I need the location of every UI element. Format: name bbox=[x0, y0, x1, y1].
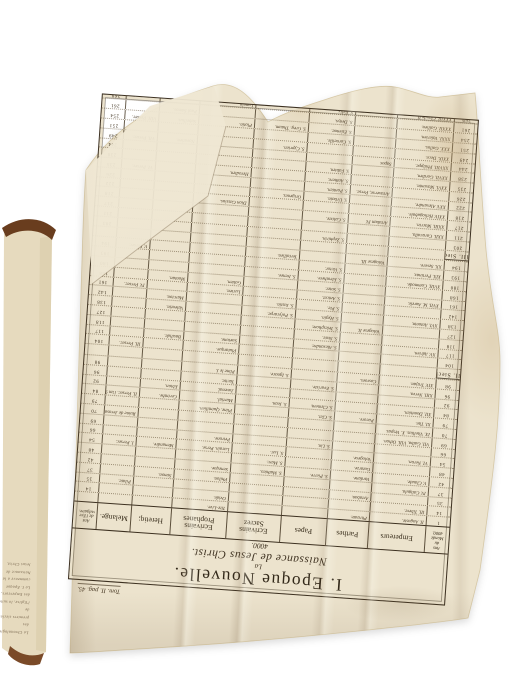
table-cell: 244 bbox=[450, 162, 475, 172]
table-cell: 261 bbox=[453, 123, 478, 133]
table-cell: 69 bbox=[83, 414, 104, 424]
table-cell: 193 bbox=[95, 247, 116, 257]
table-cell: 54 bbox=[430, 458, 455, 468]
table-cell: 84 bbox=[85, 384, 106, 394]
table-cell bbox=[96, 226, 117, 237]
table-cell bbox=[88, 344, 109, 355]
table-cell: 238 bbox=[450, 172, 475, 182]
chronological-table-plate: Tom. II. pag. 45. I. Epoque Nouvelle. La… bbox=[67, 93, 479, 618]
column-header: Ecrivains Sacrez bbox=[225, 512, 281, 542]
column-header: Ecrivains Prophanes bbox=[169, 508, 227, 538]
table-cell: 193 bbox=[443, 271, 468, 281]
table-cell: 42 bbox=[80, 453, 101, 463]
table-cell: 37 bbox=[79, 463, 100, 473]
table-cell: 118 bbox=[438, 339, 463, 349]
table-cell: 211 bbox=[446, 231, 471, 241]
table-cell: 70 bbox=[432, 428, 457, 438]
table-cell: 92 bbox=[86, 375, 107, 385]
table-cell: 96 bbox=[434, 389, 459, 399]
plate-caption: Tom. II. pag. 45. bbox=[77, 583, 120, 595]
column-header: Heretiq; bbox=[129, 505, 171, 534]
table-cell: 138 bbox=[439, 320, 464, 330]
table-cell: 226 bbox=[448, 192, 473, 202]
table-cell: 70 bbox=[84, 404, 105, 414]
table-cell: 222 bbox=[99, 177, 120, 187]
table-cell: 244 bbox=[102, 138, 123, 148]
table-cell: 194 bbox=[443, 261, 468, 271]
table-cell: 168 bbox=[93, 266, 114, 276]
table-cell: 37 bbox=[428, 487, 453, 497]
corner-header-right: Ans de l'Ere vulgaire. bbox=[76, 502, 98, 529]
table-cell: 249 bbox=[451, 153, 476, 163]
table-cell: 217 bbox=[98, 197, 119, 207]
table-body: 1II. Auguste.Phraate.Tite-Live.14III. Ti… bbox=[74, 93, 479, 526]
table-cell: 251 bbox=[452, 143, 477, 153]
column-header: Melange. bbox=[95, 503, 131, 531]
table-cell: 69 bbox=[431, 438, 456, 448]
table-cell: 138 bbox=[91, 295, 112, 305]
table-cell: 222 bbox=[448, 202, 473, 212]
table-cell: 254 bbox=[452, 133, 477, 143]
table-cell: 117 bbox=[437, 349, 462, 359]
table-cell: 42 bbox=[428, 477, 453, 487]
table-cell: 211 bbox=[97, 207, 118, 217]
table-cell: 54 bbox=[82, 433, 103, 443]
table-cell: 249 bbox=[103, 128, 124, 138]
table-cell: 1 bbox=[426, 516, 451, 526]
table-cell: 161 bbox=[93, 276, 114, 286]
table-cell: 66 bbox=[430, 448, 455, 458]
table-cell: 261 bbox=[105, 99, 126, 109]
table-cell: 92 bbox=[434, 399, 459, 409]
table-cell: 84 bbox=[433, 409, 458, 419]
table-cell: 35 bbox=[79, 472, 100, 482]
photo-of-open-book: La Chronologie des premiers siecles de l… bbox=[0, 0, 523, 700]
table-cell: 226 bbox=[100, 167, 121, 177]
table-cell: 238 bbox=[101, 148, 122, 158]
table-cell: 79 bbox=[84, 394, 105, 404]
table-cell: 98 bbox=[87, 355, 108, 365]
table-cell: 104 bbox=[88, 335, 109, 345]
table-cell: 235 bbox=[449, 182, 474, 192]
table-cell: 168 bbox=[441, 291, 466, 301]
table-cell: 180 bbox=[94, 256, 115, 266]
table-cell: 142 bbox=[440, 310, 465, 320]
table-cell: 35 bbox=[427, 497, 452, 507]
table-cell: 79 bbox=[432, 419, 457, 429]
column-header: Papes bbox=[279, 516, 327, 545]
corner-header-left: Ans du Monde 4000. bbox=[424, 526, 450, 554]
table-cell: 218 bbox=[99, 187, 120, 197]
table-cell: 142 bbox=[92, 286, 113, 296]
table-cell: 203 bbox=[97, 216, 118, 226]
table-cell: 48 bbox=[81, 443, 102, 453]
table-cell: 194 bbox=[95, 237, 116, 247]
table-cell: 127 bbox=[90, 305, 111, 315]
table-cell: 161 bbox=[441, 300, 466, 310]
column-header: Parthes bbox=[325, 519, 369, 548]
siecle-label: III. Siecle. bbox=[444, 250, 469, 261]
table-cell: 127 bbox=[439, 330, 464, 340]
table-cell: 180 bbox=[442, 281, 467, 291]
table-cell: 66 bbox=[82, 424, 103, 434]
table-cell: 251 bbox=[104, 119, 125, 129]
table-frame: I. Epoque Nouvelle. La Naissance de Jesu… bbox=[68, 93, 479, 605]
column-header: Empereurs bbox=[367, 522, 426, 552]
table-cell: 14 bbox=[78, 482, 99, 492]
siecle-label: II. Siecle. bbox=[436, 369, 461, 380]
table-cell: 118 bbox=[90, 315, 111, 325]
table-cell: 217 bbox=[446, 221, 471, 231]
table-cell: 96 bbox=[86, 365, 107, 375]
table-cell: 117 bbox=[89, 325, 110, 335]
table-cell: 218 bbox=[447, 211, 472, 221]
table-cell: 254 bbox=[104, 109, 125, 119]
table-cell: 48 bbox=[429, 467, 454, 477]
table-cell: 14 bbox=[426, 507, 451, 517]
table-cell bbox=[77, 492, 98, 502]
table-cell: 104 bbox=[437, 359, 462, 369]
table-cell: 98 bbox=[435, 379, 460, 389]
table-cell: 203 bbox=[445, 241, 470, 251]
table-cell: 235 bbox=[101, 158, 122, 168]
